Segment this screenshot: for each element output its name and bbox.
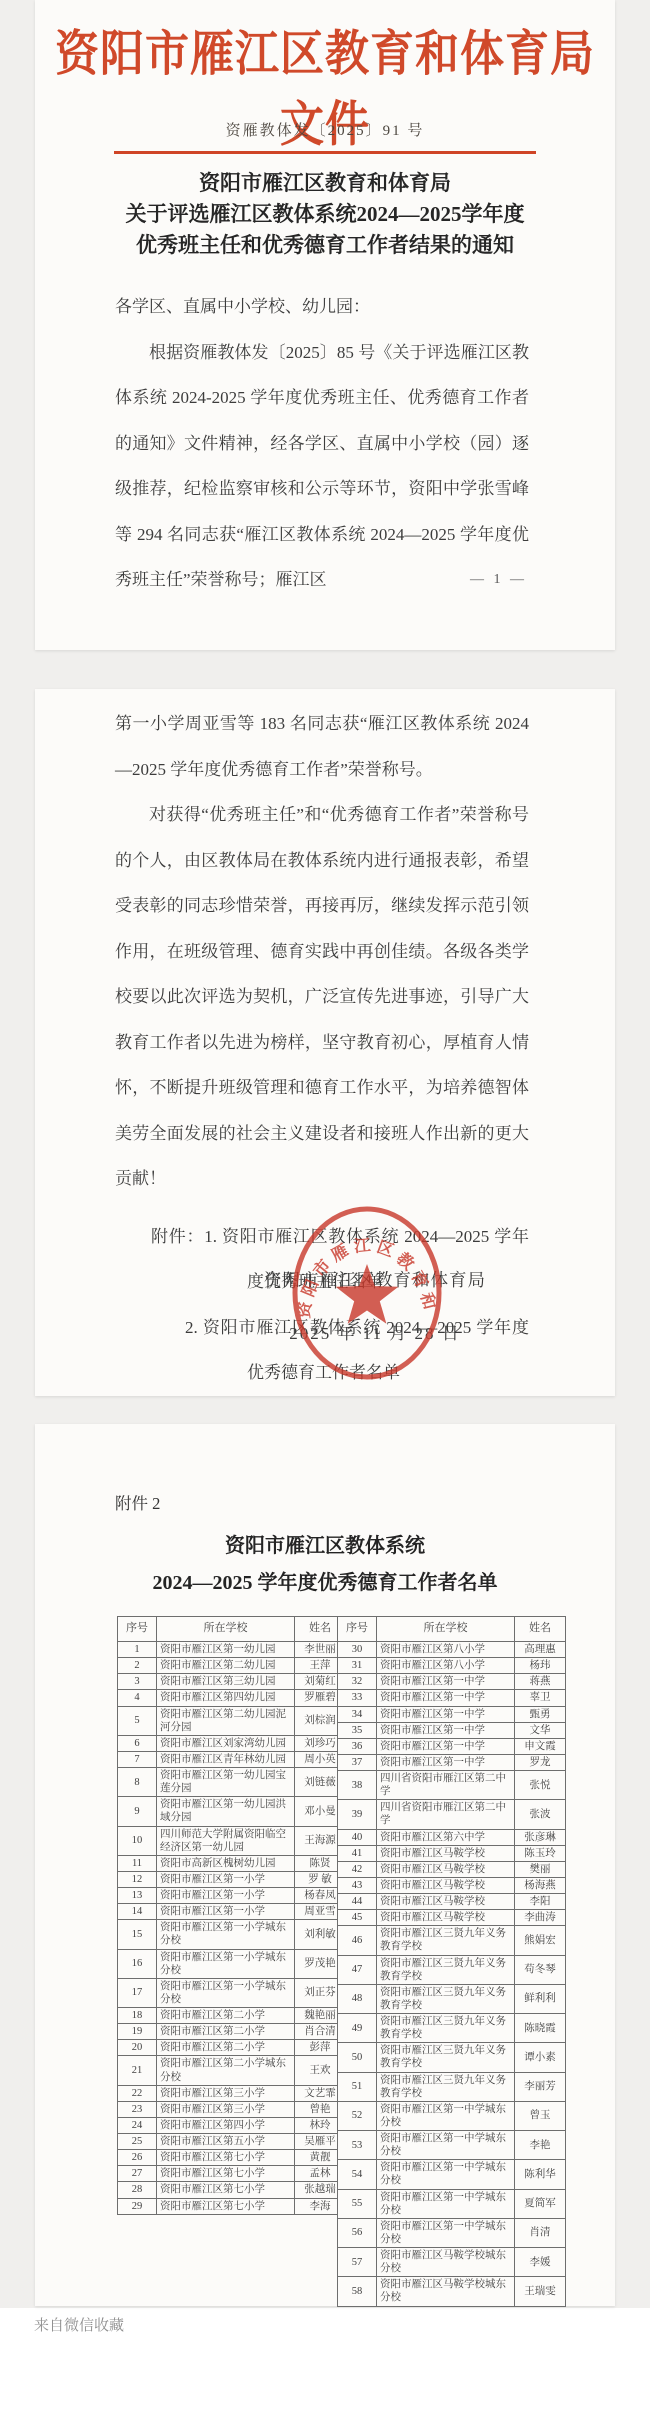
table-row: 24资阳市雁江区第四小学林玲	[118, 2117, 346, 2133]
table-row: 44资阳市雁江区马鞍学校李阳	[338, 1894, 566, 1910]
table-row: 7资阳市雁江区青年林幼儿园周小英	[118, 1751, 346, 1767]
cell-no: 9	[118, 1797, 157, 1826]
table-row: 33资阳市雁江区第一中学辜卫	[338, 1690, 566, 1706]
cell-school: 资阳市雁江区第一中学城东分校	[377, 2101, 515, 2130]
cell-school: 资阳市雁江区第三小学	[157, 2101, 295, 2117]
cell-name: 李曲涛	[515, 1910, 566, 1926]
table-row: 41资阳市雁江区马鞍学校陈玉玲	[338, 1845, 566, 1861]
cell-no: 19	[118, 2024, 157, 2040]
cell-school: 四川省资阳市雁江区第二中学	[377, 1800, 515, 1829]
table-row: 48资阳市雁江区三贤九年义务教育学校鲜利利	[338, 1984, 566, 2013]
cell-no: 55	[338, 2189, 377, 2218]
cell-no: 33	[338, 1690, 377, 1706]
cell-school: 资阳市雁江区第一小学城东分校	[157, 1920, 295, 1949]
cell-no: 1	[118, 1642, 157, 1658]
cell-school: 资阳市雁江区第一幼儿园	[157, 1642, 295, 1658]
cell-school: 资阳市雁江区刘家湾幼儿园	[157, 1735, 295, 1751]
table-row: 29资阳市雁江区第七小学李海	[118, 2198, 346, 2214]
table-row: 3资阳市雁江区第三幼儿园刘菊红	[118, 1674, 346, 1690]
table-row: 57资阳市雁江区马鞍学校城东分校李媛	[338, 2248, 566, 2277]
document-number: 资雁教体发〔2025〕91 号	[35, 119, 615, 140]
table-row: 40资阳市雁江区第六中学张彦琳	[338, 1829, 566, 1845]
cell-no: 15	[118, 1920, 157, 1949]
cell-school: 资阳市雁江区第一中学	[377, 1738, 515, 1754]
cell-school: 四川省资阳市雁江区第二中学	[377, 1771, 515, 1800]
cell-no: 34	[338, 1706, 377, 1722]
table-row: 25资阳市雁江区第五小学吴雁平	[118, 2134, 346, 2150]
cell-name: 张波	[515, 1800, 566, 1829]
table-row: 39四川省资阳市雁江区第二中学张波	[338, 1800, 566, 1829]
cell-no: 39	[338, 1800, 377, 1829]
table-row: 22资阳市雁江区第三小学文艺霏	[118, 2085, 346, 2101]
attachment-label: 附件：	[151, 1227, 204, 1246]
cell-no: 4	[118, 1690, 157, 1706]
cell-school: 资阳市雁江区第一中学城东分校	[377, 2218, 515, 2247]
cell-school: 资阳市雁江区马鞍学校城东分校	[377, 2277, 515, 2306]
table-row: 45资阳市雁江区马鞍学校李曲涛	[338, 1910, 566, 1926]
header-no: 序号	[338, 1617, 377, 1642]
cell-no: 42	[338, 1861, 377, 1877]
cell-school: 四川师范大学附属资阳临空经济区第一幼儿园	[157, 1826, 295, 1855]
cell-no: 44	[338, 1894, 377, 1910]
notice-title: 资阳市雁江区教育和体育局 关于评选雁江区教体系统2024—2025学年度 优秀班…	[35, 168, 615, 261]
cell-no: 26	[118, 2150, 157, 2166]
cell-no: 20	[118, 2040, 157, 2056]
cell-no: 2	[118, 1658, 157, 1674]
cell-school: 资阳市雁江区第四小学	[157, 2117, 295, 2133]
page-number: — 1 —	[470, 572, 527, 588]
cell-name: 苟冬琴	[515, 1955, 566, 1984]
cell-name: 蒋燕	[515, 1674, 566, 1690]
cell-name: 李媛	[515, 2248, 566, 2277]
cell-school: 资阳市雁江区第一中学	[377, 1674, 515, 1690]
table-row: 51资阳市雁江区三贤九年义务教育学校李丽芳	[338, 2072, 566, 2101]
cell-no: 54	[338, 2160, 377, 2189]
cell-no: 11	[118, 1855, 157, 1871]
table-row: 52资阳市雁江区第一中学城东分校曾玉	[338, 2101, 566, 2130]
table-row: 43资阳市雁江区马鞍学校杨海燕	[338, 1877, 566, 1893]
cell-school: 资阳市雁江区三贤九年义务教育学校	[377, 2072, 515, 2101]
cell-name: 张彦琳	[515, 1829, 566, 1845]
cell-name: 申文霞	[515, 1738, 566, 1754]
cell-no: 30	[338, 1642, 377, 1658]
table-row: 54资阳市雁江区第一中学城东分校陈利华	[338, 2160, 566, 2189]
header-name: 姓名	[515, 1617, 566, 1642]
cell-school: 资阳市雁江区第三幼儿园	[157, 1674, 295, 1690]
cell-school: 资阳市雁江区三贤九年义务教育学校	[377, 1926, 515, 1955]
table-row: 19资阳市雁江区第二小学肖合清	[118, 2024, 346, 2040]
cell-school: 资阳市雁江区第七小学	[157, 2182, 295, 2198]
table-row: 42资阳市雁江区马鞍学校樊丽	[338, 1861, 566, 1877]
cell-no: 31	[338, 1658, 377, 1674]
cell-no: 40	[338, 1829, 377, 1845]
cell-school: 资阳市雁江区第八小学	[377, 1642, 515, 1658]
table-header-row: 序号 所在学校 姓名	[338, 1617, 566, 1642]
table-row: 46资阳市雁江区三贤九年义务教育学校熊娟宏	[338, 1926, 566, 1955]
cell-school: 资阳市雁江区第一中学	[377, 1754, 515, 1770]
cell-no: 3	[118, 1674, 157, 1690]
cell-school: 资阳市雁江区第一小学	[157, 1904, 295, 1920]
roster-title-line1: 资阳市雁江区教体系统	[35, 1528, 615, 1565]
paragraph-1: 根据资雁教体发〔2025〕85 号《关于评选雁江区教体系统 2024-2025 …	[115, 330, 529, 603]
cell-name: 陈晓霞	[515, 2014, 566, 2043]
document-page-2[interactable]: 第一小学周亚雪等 183 名同志获“雁江区教体系统 2024—2025 学年度优…	[35, 689, 615, 1396]
table-row: 13资阳市雁江区第一小学杨春凤	[118, 1888, 346, 1904]
cell-school: 资阳市雁江区第六中学	[377, 1829, 515, 1845]
table-row: 38四川省资阳市雁江区第二中学张悦	[338, 1771, 566, 1800]
table-row: 55资阳市雁江区第一中学城东分校夏简军	[338, 2189, 566, 2218]
cell-no: 14	[118, 1904, 157, 1920]
cell-name: 肖清	[515, 2218, 566, 2247]
cell-school: 资阳市雁江区第一中学城东分校	[377, 2189, 515, 2218]
cell-school: 资阳市高新区槐树幼儿园	[157, 1855, 295, 1871]
cell-no: 32	[338, 1674, 377, 1690]
table-row: 16资阳市雁江区第一小学城东分校罗茂艳	[118, 1949, 346, 1978]
table-row: 9资阳市雁江区第一幼儿园洪域分园邓小曼	[118, 1797, 346, 1826]
table-row: 15资阳市雁江区第一小学城东分校刘利敏	[118, 1920, 346, 1949]
cell-no: 29	[118, 2198, 157, 2214]
table-row: 18资阳市雁江区第二小学魏艳丽	[118, 2008, 346, 2024]
cell-no: 16	[118, 1949, 157, 1978]
table-row: 37资阳市雁江区第一中学罗龙	[338, 1754, 566, 1770]
cell-school: 资阳市雁江区三贤九年义务教育学校	[377, 1984, 515, 2013]
cell-no: 22	[118, 2085, 157, 2101]
cell-name: 辜卫	[515, 1690, 566, 1706]
cell-school: 资阳市雁江区第七小学	[157, 2150, 295, 2166]
cell-name: 李丽芳	[515, 2072, 566, 2101]
cell-no: 35	[338, 1722, 377, 1738]
cell-school: 资阳市雁江区第一小学	[157, 1888, 295, 1904]
cell-school: 资阳市雁江区第八小学	[377, 1658, 515, 1674]
cell-school: 资阳市雁江区马鞍学校	[377, 1861, 515, 1877]
cell-name: 曾玉	[515, 2101, 566, 2130]
cell-school: 资阳市雁江区马鞍学校	[377, 1845, 515, 1861]
table-row: 49资阳市雁江区三贤九年义务教育学校陈晓霞	[338, 2014, 566, 2043]
cell-name: 文华	[515, 1722, 566, 1738]
cell-name: 陈利华	[515, 2160, 566, 2189]
cell-school: 资阳市雁江区三贤九年义务教育学校	[377, 2014, 515, 2043]
cell-school: 资阳市雁江区第四幼儿园	[157, 1690, 295, 1706]
cell-no: 24	[118, 2117, 157, 2133]
cell-no: 41	[338, 1845, 377, 1861]
cell-name: 鲜利利	[515, 1984, 566, 2013]
cell-no: 56	[338, 2218, 377, 2247]
table-row: 21资阳市雁江区第二小学城东分校王欢	[118, 2056, 346, 2085]
cell-school: 资阳市雁江区马鞍学校	[377, 1910, 515, 1926]
table-row: 28资阳市雁江区第七小学张越瑞	[118, 2182, 346, 2198]
cell-school: 资阳市雁江区第二小学	[157, 2008, 295, 2024]
cell-no: 10	[118, 1826, 157, 1855]
source-caption: 来自微信收藏	[34, 2314, 124, 2335]
table-row: 10四川师范大学附属资阳临空经济区第一幼儿园王海源	[118, 1826, 346, 1855]
table-row: 4资阳市雁江区第四幼儿园罗雁碧	[118, 1690, 346, 1706]
table-row: 2资阳市雁江区第二幼儿园王萍	[118, 1658, 346, 1674]
cell-name: 甄勇	[515, 1706, 566, 1722]
cell-school: 资阳市雁江区第一小学	[157, 1871, 295, 1887]
cell-school: 资阳市雁江区第一幼儿园洪域分园	[157, 1797, 295, 1826]
cell-no: 7	[118, 1751, 157, 1767]
roster-title-line2: 2024—2025 学年度优秀德育工作者名单	[35, 1565, 615, 1602]
roster-table-right: 序号 所在学校 姓名 30资阳市雁江区第八小学高理惠31资阳市雁江区第八小学杨玮…	[337, 1616, 566, 2307]
cell-school: 资阳市雁江区三贤九年义务教育学校	[377, 1955, 515, 1984]
document-page-1[interactable]: 资阳市雁江区教育和体育局文件 资雁教体发〔2025〕91 号 资阳市雁江区教育和…	[35, 0, 615, 650]
cell-no: 27	[118, 2166, 157, 2182]
roster-title: 资阳市雁江区教体系统 2024—2025 学年度优秀德育工作者名单	[35, 1528, 615, 1602]
page1-body-text: 各学区、直属中小学校、幼儿园： 根据资雁教体发〔2025〕85 号《关于评选雁江…	[115, 284, 529, 603]
table-row: 34资阳市雁江区第一中学甄勇	[338, 1706, 566, 1722]
table-row: 5资阳市雁江区第二幼儿园泥河分园刘棕润	[118, 1706, 346, 1735]
table-row: 50资阳市雁江区三贤九年义务教育学校谭小素	[338, 2043, 566, 2072]
cell-school: 资阳市雁江区马鞍学校城东分校	[377, 2248, 515, 2277]
cell-no: 51	[338, 2072, 377, 2101]
cell-name: 熊娟宏	[515, 1926, 566, 1955]
cell-no: 43	[338, 1877, 377, 1893]
table-row: 11资阳市高新区槐树幼儿园陈贤	[118, 1855, 346, 1871]
table-row: 26资阳市雁江区第七小学黄靓	[118, 2150, 346, 2166]
notice-title-line3: 优秀班主任和优秀德育工作者结果的通知	[35, 230, 615, 261]
table-row: 53资阳市雁江区第一中学城东分校李艳	[338, 2131, 566, 2160]
paragraph-1-continued: 第一小学周亚雪等 183 名同志获“雁江区教体系统 2024—2025 学年度优…	[115, 701, 529, 792]
cell-school: 资阳市雁江区第一小学城东分校	[157, 1978, 295, 2007]
cell-school: 资阳市雁江区马鞍学校	[377, 1894, 515, 1910]
table-row: 17资阳市雁江区第一小学城东分校刘正芬	[118, 1978, 346, 2007]
cell-no: 21	[118, 2056, 157, 2085]
table-row: 23资阳市雁江区第三小学曾艳	[118, 2101, 346, 2117]
cell-name: 李艳	[515, 2131, 566, 2160]
cell-name: 李阳	[515, 1894, 566, 1910]
table-row: 58资阳市雁江区马鞍学校城东分校王瑞雯	[338, 2277, 566, 2306]
cell-name: 杨海燕	[515, 1877, 566, 1893]
table-row: 14资阳市雁江区第一小学周亚雪	[118, 1904, 346, 1920]
cell-no: 28	[118, 2182, 157, 2198]
cell-no: 8	[118, 1768, 157, 1797]
red-divider-line	[114, 151, 536, 154]
cell-school: 资阳市雁江区第一中学	[377, 1706, 515, 1722]
cell-school: 资阳市雁江区第二小学城东分校	[157, 2056, 295, 2085]
table-row: 8资阳市雁江区第一幼儿园宝莲分园刘链薇	[118, 1768, 346, 1797]
cell-no: 45	[338, 1910, 377, 1926]
cell-school: 资阳市雁江区第一小学城东分校	[157, 1949, 295, 1978]
table-row: 35资阳市雁江区第一中学文华	[338, 1722, 566, 1738]
table-row: 12资阳市雁江区第一小学罗 敏	[118, 1871, 346, 1887]
document-page-3[interactable]: 附件 2 资阳市雁江区教体系统 2024—2025 学年度优秀德育工作者名单 序…	[35, 1424, 615, 2306]
table-row: 1资阳市雁江区第一幼儿园李世丽	[118, 1642, 346, 1658]
cell-no: 37	[338, 1754, 377, 1770]
table-header-row: 序号 所在学校 姓名	[118, 1617, 346, 1642]
notice-title-line2: 关于评选雁江区教体系统2024—2025学年度	[35, 199, 615, 230]
cell-no: 50	[338, 2043, 377, 2072]
cell-no: 25	[118, 2134, 157, 2150]
cell-no: 6	[118, 1735, 157, 1751]
header-no: 序号	[118, 1617, 157, 1642]
roster-table-left: 序号 所在学校 姓名 1资阳市雁江区第一幼儿园李世丽2资阳市雁江区第二幼儿园王萍…	[117, 1616, 346, 2215]
table-row: 30资阳市雁江区第八小学高理惠	[338, 1642, 566, 1658]
cell-no: 12	[118, 1871, 157, 1887]
table-row: 20资阳市雁江区第二小学彭萍	[118, 2040, 346, 2056]
table-row: 31资阳市雁江区第八小学杨玮	[338, 1658, 566, 1674]
table-row: 27资阳市雁江区第七小学孟林	[118, 2166, 346, 2182]
cell-school: 资阳市雁江区第七小学	[157, 2198, 295, 2214]
official-red-seal: 资阳市雁江区教育和体育局	[287, 1201, 447, 1381]
cell-no: 53	[338, 2131, 377, 2160]
table-row: 47资阳市雁江区三贤九年义务教育学校苟冬琴	[338, 1955, 566, 1984]
paragraph-2: 对获得“优秀班主任”和“优秀德育工作者”荣誉称号的个人，由区教体局在教体系统内进…	[115, 792, 529, 1202]
cell-name: 张悦	[515, 1771, 566, 1800]
cell-no: 46	[338, 1926, 377, 1955]
cell-name: 夏简军	[515, 2189, 566, 2218]
cell-no: 13	[118, 1888, 157, 1904]
cell-school: 资阳市雁江区第七小学	[157, 2166, 295, 2182]
cell-school: 资阳市雁江区第一中学城东分校	[377, 2131, 515, 2160]
cell-name: 罗龙	[515, 1754, 566, 1770]
table-row: 6资阳市雁江区刘家湾幼儿园刘珍巧	[118, 1735, 346, 1751]
cell-school: 资阳市雁江区青年林幼儿园	[157, 1751, 295, 1767]
cell-no: 49	[338, 2014, 377, 2043]
cell-no: 23	[118, 2101, 157, 2117]
notice-title-line1: 资阳市雁江区教育和体育局	[35, 168, 615, 199]
cell-school: 资阳市雁江区第二小学	[157, 2024, 295, 2040]
cell-no: 57	[338, 2248, 377, 2277]
cell-name: 杨玮	[515, 1658, 566, 1674]
cell-no: 52	[338, 2101, 377, 2130]
cell-school: 资阳市雁江区第一中学	[377, 1690, 515, 1706]
attachment-2-label: 附件 2	[115, 1490, 160, 1514]
cell-school: 资阳市雁江区第三小学	[157, 2085, 295, 2101]
cell-no: 5	[118, 1706, 157, 1735]
seal-star-icon	[336, 1264, 399, 1324]
cell-name: 樊丽	[515, 1861, 566, 1877]
cell-no: 36	[338, 1738, 377, 1754]
table-row: 36资阳市雁江区第一中学申文霞	[338, 1738, 566, 1754]
cell-no: 48	[338, 1984, 377, 2013]
table-row: 56资阳市雁江区第一中学城东分校肖清	[338, 2218, 566, 2247]
salutation: 各学区、直属中小学校、幼儿园：	[115, 284, 529, 330]
header-school: 所在学校	[377, 1617, 515, 1642]
cell-no: 17	[118, 1978, 157, 2007]
cell-no: 38	[338, 1771, 377, 1800]
table-row: 32资阳市雁江区第一中学蒋燕	[338, 1674, 566, 1690]
cell-name: 谭小素	[515, 2043, 566, 2072]
header-school: 所在学校	[157, 1617, 295, 1642]
cell-school: 资阳市雁江区第二幼儿园泥河分园	[157, 1706, 295, 1735]
cell-school: 资阳市雁江区第二幼儿园	[157, 1658, 295, 1674]
cell-name: 高理惠	[515, 1642, 566, 1658]
cell-school: 资阳市雁江区第五小学	[157, 2134, 295, 2150]
cell-school: 资阳市雁江区第一幼儿园宝莲分园	[157, 1768, 295, 1797]
cell-no: 58	[338, 2277, 377, 2306]
cell-no: 47	[338, 1955, 377, 1984]
cell-name: 陈玉玲	[515, 1845, 566, 1861]
cell-name: 王瑞雯	[515, 2277, 566, 2306]
cell-school: 资阳市雁江区第一中学	[377, 1722, 515, 1738]
cell-no: 18	[118, 2008, 157, 2024]
cell-school: 资阳市雁江区第一中学城东分校	[377, 2160, 515, 2189]
cell-school: 资阳市雁江区第二小学	[157, 2040, 295, 2056]
cell-school: 资阳市雁江区三贤九年义务教育学校	[377, 2043, 515, 2072]
cell-school: 资阳市雁江区马鞍学校	[377, 1877, 515, 1893]
